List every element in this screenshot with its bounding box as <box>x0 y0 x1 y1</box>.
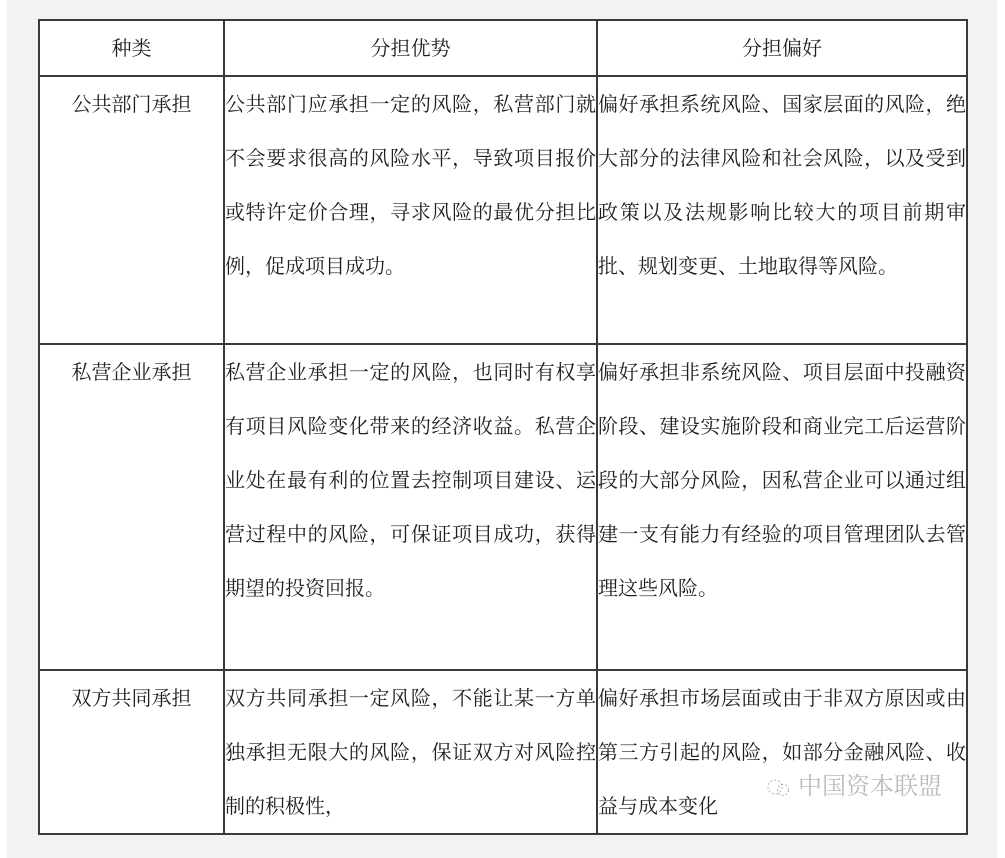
cell-advantage: 公共部门应承担一定的风险，私营部门就不会要求很高的风险水平，导致项目报价或特许定… <box>224 76 597 344</box>
table-row: 私营企业承担 私营企业承担一定的风险，也同时有权享有项目风险变化带来的经济收益。… <box>39 344 967 670</box>
cell-preference: 偏好承担系统风险、国家层面的风险，绝大部分的法律风险和社会风险，以及受到政策以及… <box>597 76 967 344</box>
cell-kind: 公共部门承担 <box>39 76 224 344</box>
header-kind: 种类 <box>39 20 224 76</box>
risk-allocation-table: 种类 分担优势 分担偏好 公共部门承担 公共部门应承担一定的风险，私营部门就不会… <box>38 19 968 835</box>
header-advantage: 分担优势 <box>224 20 597 76</box>
cell-advantage: 双方共同承担一定风险，不能让某一方单独承担无限大的风险，保证双方对风险控制的积极… <box>224 670 597 834</box>
cell-preference: 偏好承担非系统风险、项目层面中投融资阶段、建设实施阶段和商业完工后运营阶段的大部… <box>597 344 967 670</box>
table-header-row: 种类 分担优势 分担偏好 <box>39 20 967 76</box>
table-row: 公共部门承担 公共部门应承担一定的风险，私营部门就不会要求很高的风险水平，导致项… <box>39 76 967 344</box>
cell-advantage: 私营企业承担一定的风险，也同时有权享有项目风险变化带来的经济收益。私营企业处在最… <box>224 344 597 670</box>
table-row: 双方共同承担 双方共同承担一定风险，不能让某一方单独承担无限大的风险，保证双方对… <box>39 670 967 834</box>
header-preference: 分担偏好 <box>597 20 967 76</box>
cell-kind: 私营企业承担 <box>39 344 224 670</box>
wechat-icon <box>766 778 792 798</box>
cell-kind: 双方共同承担 <box>39 670 224 834</box>
cell-preference: 偏好承担市场层面或由于非双方原因或由第三方引起的风险，如部分金融风险、收益与成本… <box>597 670 967 834</box>
